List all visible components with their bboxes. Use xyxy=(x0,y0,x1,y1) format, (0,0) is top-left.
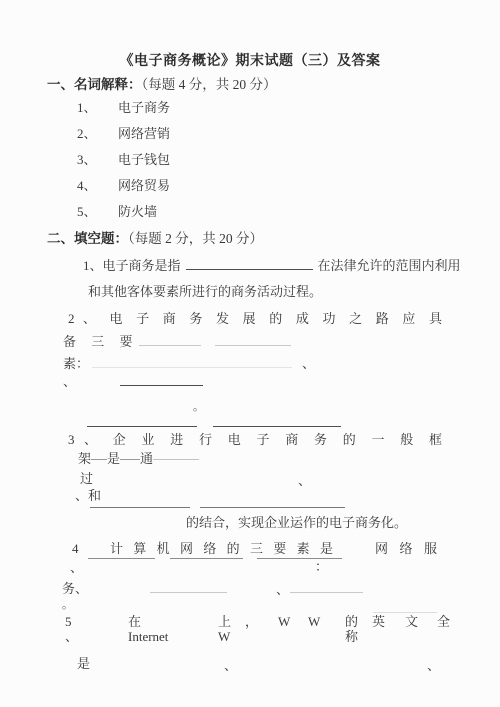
term-item-1-text: 电子商务 xyxy=(118,100,170,115)
term-item-2-text: 网络营销 xyxy=(118,126,170,141)
blank-line xyxy=(92,355,292,368)
blank-line xyxy=(215,333,291,346)
exam-title: 《电子商务概论》期末试题（三）及答案 xyxy=(0,53,500,70)
fill-q3-line2-char2: 是 xyxy=(107,451,120,466)
term-item-4-number: 4、 xyxy=(77,177,118,194)
fill-q4-line1-mid: 计 算 机 网 络 的 三 要 素 是 xyxy=(110,540,333,557)
fill-q5-col-7-top: 的 xyxy=(345,614,358,629)
fill-q5-col-9-top: 文 xyxy=(405,614,418,629)
fill-q5-col-3-top: 上 xyxy=(218,614,231,629)
fill-q5-col-6: W xyxy=(308,614,320,629)
fill-q3-line6: 的结合，实现企业运作的电子商务化。 xyxy=(186,514,407,531)
fill-q5-col-3: 上W xyxy=(218,614,231,644)
fill-q5-col-10: 全 xyxy=(437,614,450,629)
fill-q2-line3: 素：、 xyxy=(63,355,315,372)
section1-heading: 一、名词解释：（每题 4 分，共 20 分） xyxy=(47,76,277,93)
fill-q4-colon: ： xyxy=(315,558,328,575)
term-item-4-text: 网络贸易 xyxy=(118,178,170,193)
blank-line xyxy=(186,257,313,270)
fill-q3-line2-char1: 架 xyxy=(78,451,91,466)
fill-q3-line2-char3: 通 xyxy=(140,451,153,466)
blank-line xyxy=(213,426,341,427)
fill-q5-col-2-top: 在 xyxy=(128,614,168,629)
blank-line xyxy=(139,333,201,346)
fill-q5-col-8-top: 英 xyxy=(372,614,385,629)
blank-line xyxy=(153,451,199,460)
term-item-2-number: 2、 xyxy=(77,125,118,142)
fill-q5-col-1: 5、 xyxy=(65,614,78,644)
fill-q5-line2-separator-2: 、 xyxy=(427,657,440,674)
blank-line xyxy=(120,451,140,460)
fill-q3-line3-prefix: 过 xyxy=(80,470,93,487)
term-item-5: 5、防火墙 xyxy=(77,203,157,220)
fill-q3-line3-separator: 、 xyxy=(298,472,311,489)
fill-q3-line2: 架是通 xyxy=(78,450,199,467)
exam-document-page: 《电子商务概论》期末试题（三）及答案 一、名词解释：（每题 4 分，共 20 分… xyxy=(0,0,500,707)
fill-q4-line2-separator: 、 xyxy=(70,559,83,576)
fill-q5-col-7-bottom: 称 xyxy=(345,629,358,644)
fill-q5-col-2: 在Internet xyxy=(128,614,168,644)
fill-q2-line2: 备 三 要 xyxy=(63,333,291,350)
section1-heading-label: 一、名词解释： xyxy=(47,77,142,92)
blank-line xyxy=(88,558,155,559)
term-item-3-text: 电子钱包 xyxy=(118,152,170,167)
fill-q3-line1: 3 、 企 业 进 行 电 子 商 务 的 一 般 框 xyxy=(68,431,442,448)
blank-line xyxy=(120,373,203,386)
fill-q5-line2-separator-1: 、 xyxy=(224,657,237,674)
term-item-4: 4、网络贸易 xyxy=(77,177,170,194)
fill-q5-col-4: ， xyxy=(245,614,258,629)
term-item-5-number: 5、 xyxy=(77,203,118,220)
fill-q4-line3-prefix: 务、 xyxy=(62,580,88,597)
section1-heading-score: （每题 4 分，共 20 分） xyxy=(142,77,277,92)
fill-q4-line1-right: 网 络 服 xyxy=(375,540,437,557)
fill-q2-line1: 2 、 电 子 商 务 发 展 的 成 功 之 路 应 具 xyxy=(68,310,442,327)
section2-heading-label: 二、填空题： xyxy=(47,231,128,246)
fill-q2-line4: 、 xyxy=(63,373,203,390)
fill-q5-col-5-top: W xyxy=(278,614,290,629)
blank-line xyxy=(290,592,363,593)
section2-heading-score: （每题 2 分，共 20 分） xyxy=(128,231,263,246)
blank-line xyxy=(150,592,227,593)
fill-q3-line4: 、和 xyxy=(75,487,101,504)
fill-q2-line3-prefix: 素： xyxy=(63,356,89,371)
blank-line xyxy=(87,426,197,427)
fill-q5-col-3-bottom: W xyxy=(218,629,231,644)
blank-line xyxy=(91,451,107,460)
fill-q5-col-5: W xyxy=(278,614,290,629)
fill-q5-col-8: 英 xyxy=(372,614,385,629)
fill-q2-period: 。 xyxy=(193,399,204,416)
fill-q2-line2-text: 备 三 要 xyxy=(63,334,133,349)
blank-line xyxy=(90,507,190,508)
fill-q5-col-1-bottom: 、 xyxy=(65,629,78,644)
term-item-3: 3、电子钱包 xyxy=(77,151,170,168)
fill-q2-line3-separator: 、 xyxy=(302,356,315,371)
blank-line xyxy=(373,612,437,613)
term-item-1: 1、电子商务 xyxy=(77,99,170,116)
fill-q5-col-10-top: 全 xyxy=(437,614,450,629)
section2-heading: 二、填空题：（每题 2 分，共 20 分） xyxy=(47,230,263,247)
fill-q5-col-6-top: W xyxy=(308,614,320,629)
fill-q1-line1: 1、电子商务是指在法律允许的范围内利用 xyxy=(83,257,461,274)
fill-q2-line4-separator: 、 xyxy=(63,374,76,389)
fill-q4-line3-separator: 、 xyxy=(276,581,289,598)
blank-line xyxy=(170,558,243,559)
fill-q1-lead: 1、电子商务是指 xyxy=(83,258,181,273)
term-item-3-number: 3、 xyxy=(77,151,118,168)
term-item-5-text: 防火墙 xyxy=(118,204,157,219)
fill-q4-period: 。 xyxy=(62,597,73,614)
term-item-1-number: 1、 xyxy=(77,99,118,116)
term-item-2: 2、网络营销 xyxy=(77,125,170,142)
fill-q1-tail: 在法律允许的范围内利用 xyxy=(318,258,461,273)
fill-q5-col-7: 的称 xyxy=(345,614,358,644)
fill-q5-col-1-top: 5 xyxy=(65,614,78,629)
fill-q5-line2-lead: 是 xyxy=(77,655,90,672)
fill-q5-col-4-top: ， xyxy=(245,614,258,629)
fill-q5-col-9: 文 xyxy=(405,614,418,629)
fill-q4-number: 4 xyxy=(72,540,79,557)
fill-q1-line2: 和其他客体要素所进行的商务活动过程。 xyxy=(88,283,322,300)
blank-line xyxy=(200,507,345,508)
fill-q5-col-2-bottom: Internet xyxy=(128,629,168,644)
blank-line xyxy=(257,558,342,559)
